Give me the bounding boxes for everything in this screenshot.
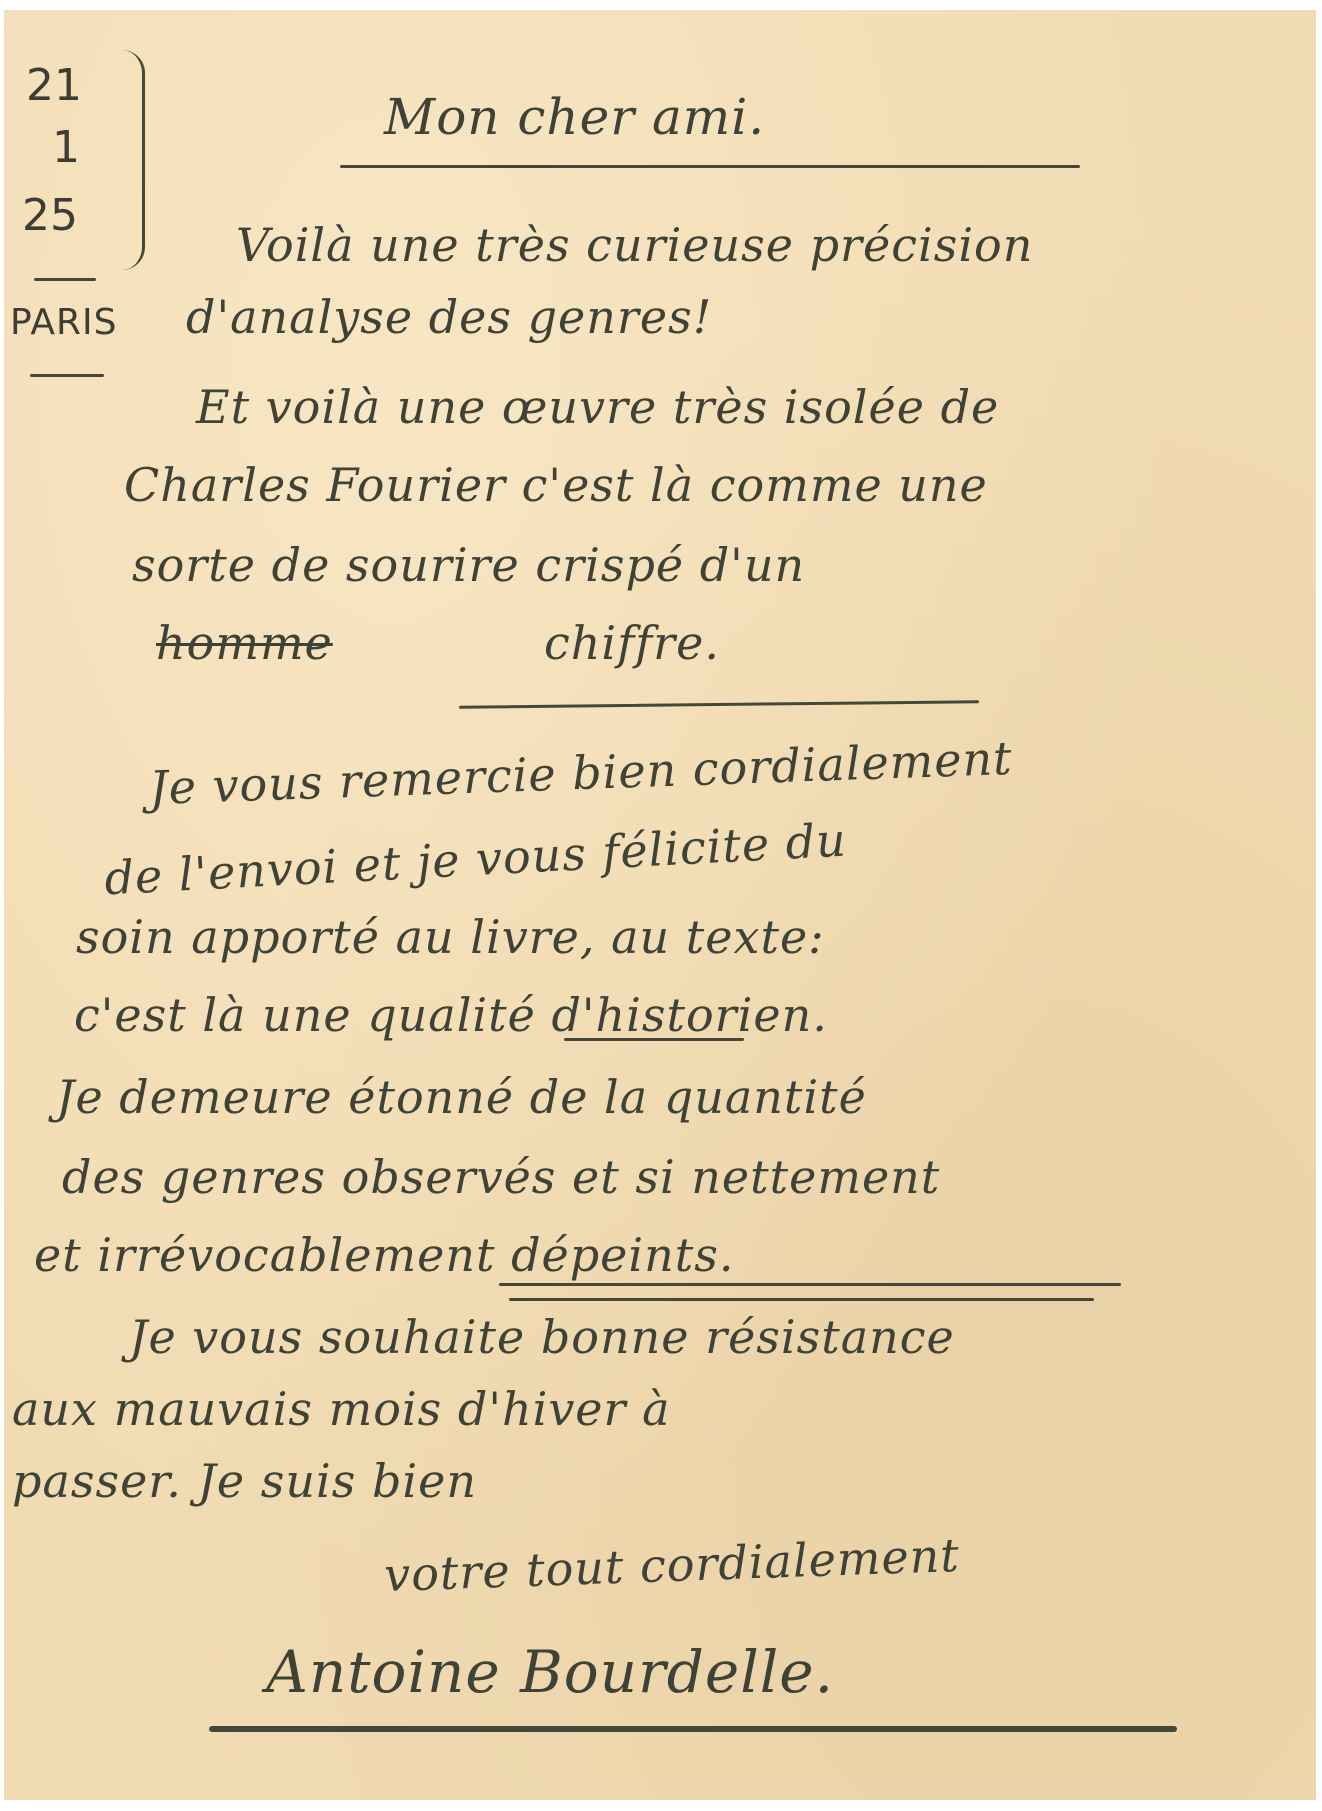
p1-line-3: Et voilà une œuvre très isolée de — [196, 380, 999, 434]
p1-line-1: Voilà une très curieuse précision — [236, 218, 1033, 272]
rule-after-paragraph-2-a — [499, 1283, 1121, 1286]
p2-line-7: et irrévocablement dépeints. — [34, 1228, 734, 1282]
salutation: Mon cher ami. — [384, 88, 765, 146]
rule-after-paragraph-1 — [459, 700, 979, 708]
letter-paper: 21 1 25 PARIS Mon cher ami. Voilà une tr… — [4, 10, 1316, 1800]
rule-under-salutation — [340, 165, 1080, 168]
date-day: 21 — [26, 60, 82, 111]
p1-line-4: Charles Fourier c'est là comme une — [124, 458, 988, 512]
date-bracket — [122, 50, 145, 270]
signature: Antoine Bourdelle. — [266, 1638, 834, 1706]
rule-short-mid — [564, 1038, 744, 1041]
p2-line-4: c'est là une qualité d'historien. — [74, 988, 828, 1042]
p1-line-5: sorte de sourire crispé d'un — [132, 538, 805, 592]
rule-above-place — [34, 278, 96, 281]
p1-line-2: d'analyse des genres! — [186, 290, 712, 344]
closing: votre tout cordialement — [383, 1528, 960, 1602]
struck-word: homme — [156, 616, 333, 670]
rule-after-paragraph-2-b — [509, 1298, 1094, 1301]
rule-under-signature — [209, 1726, 1177, 1732]
date-month: 1 — [52, 122, 80, 173]
p2-line-5: Je demeure étonné de la quantité — [56, 1070, 867, 1124]
p2-line-3: soin apporté au livre, au texte: — [76, 910, 825, 964]
p3-line-2: aux mauvais mois d'hiver à — [12, 1382, 671, 1436]
place-name: PARIS — [10, 302, 118, 343]
p2-line-1: Je vous remercie bien cordialement — [148, 731, 1013, 815]
rule-below-place — [30, 374, 104, 377]
p3-line-1: Je vous souhaite bonne résistance — [129, 1310, 955, 1364]
p1-line-6: chiffre. — [544, 616, 720, 670]
p3-line-3: passer. Je suis bien — [12, 1454, 477, 1508]
date-year: 25 — [22, 190, 78, 241]
p2-line-2: de l'envoi et je vous félicite du — [103, 813, 848, 906]
p2-line-6: des genres observés et si nettement — [62, 1150, 940, 1204]
